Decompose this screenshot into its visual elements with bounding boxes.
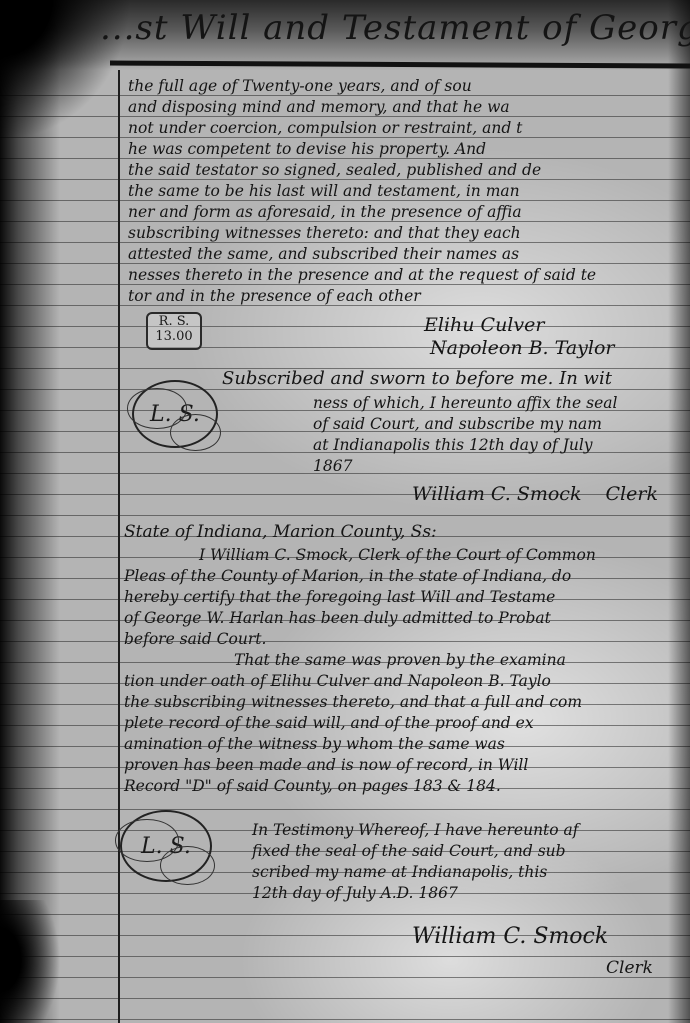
court-seal: L. S. — [132, 380, 218, 448]
text-line: That the same was proven by the examina — [124, 650, 596, 671]
page-title: ...st Will and Testament of George W Har… — [100, 8, 690, 64]
text-line: 1867 — [313, 456, 617, 477]
clerk-signature: William C. Smock Clerk — [412, 484, 658, 505]
document-page: ...st Will and Testament of George W Har… — [0, 0, 690, 1023]
text-line: the subscribing witnesses thereto, and t… — [124, 692, 596, 713]
stamp-label: R. S. — [148, 314, 200, 329]
jurat-paragraph: ness of which, I hereunto affix the seal… — [313, 393, 617, 477]
text-line: of George W. Harlan has been duly admitt… — [124, 608, 596, 629]
signature-name: William C. Smock — [412, 483, 581, 505]
margin-rule — [118, 70, 120, 1023]
text-line: nesses thereto in the presence and at th… — [128, 265, 596, 286]
text-line: and disposing mind and memory, and that … — [128, 97, 596, 118]
text-line: the said testator so signed, sealed, pub… — [128, 160, 596, 181]
text-line: not under coercion, compulsion or restra… — [128, 118, 596, 139]
text-line: tor and in the presence of each other — [128, 286, 596, 307]
witness-signature: Elihu Culver — [424, 315, 544, 336]
text-line: Record "D" of said County, on pages 183 … — [124, 776, 596, 797]
text-line: scribed my name at Indianapolis, this — [252, 862, 579, 883]
final-clerk-signature: William C. Smock — [412, 926, 608, 947]
seal-label: L. S. — [150, 402, 200, 427]
text-line: I William C. Smock, Clerk of the Court o… — [124, 545, 596, 566]
text-line: In Testimony Whereof, I have hereunto af — [252, 820, 579, 841]
text-line: amination of the witness by whom the sam… — [124, 734, 596, 755]
court-seal: L. S. — [120, 810, 212, 882]
text-line: of said Court, and subscribe my nam — [313, 414, 617, 435]
text-line: ner and form as aforesaid, in the presen… — [128, 202, 596, 223]
text-line: tion under oath of Elihu Culver and Napo… — [124, 671, 596, 692]
text-line: ness of which, I hereunto affix the seal — [313, 393, 617, 414]
text-line: fixed the seal of the said Court, and su… — [252, 841, 579, 862]
corner-shadow — [0, 900, 80, 1023]
text-line: before said Court. — [124, 629, 596, 650]
signature-title: Clerk — [606, 483, 658, 505]
text-line: attested the same, and subscribed their … — [128, 244, 596, 265]
attestation-paragraph: the full age of Twenty-one years, and of… — [128, 76, 596, 307]
text-line: at Indianapolis this 12th day of July — [313, 435, 617, 456]
witness-signature: Napoleon B. Taylor — [430, 338, 615, 359]
text-line: plete record of the said will, and of th… — [124, 713, 596, 734]
text-line: Pleas of the County of Marion, in the st… — [124, 566, 596, 587]
venue-heading: State of Indiana, Marion County, Ss: — [124, 522, 437, 543]
final-signature-title: Clerk — [606, 958, 653, 979]
text-line: the same to be his last will and testame… — [128, 181, 596, 202]
revenue-stamp: R. S. 13.00 — [146, 312, 202, 350]
seal-label: L. S. — [141, 834, 191, 859]
text-line: the full age of Twenty-one years, and of… — [128, 76, 596, 97]
text-line: he was competent to devise his property.… — [128, 139, 596, 160]
jurat-first-line: Subscribed and sworn to before me. In wi… — [222, 368, 612, 389]
certificate-paragraph: I William C. Smock, Clerk of the Court o… — [124, 545, 596, 797]
stamp-value: 13.00 — [148, 329, 200, 344]
text-line: subscribing witnesses thereto: and that … — [128, 223, 596, 244]
text-line: hereby certify that the foregoing last W… — [124, 587, 596, 608]
text-line: 12th day of July A.D. 1867 — [252, 883, 579, 904]
testimony-paragraph: In Testimony Whereof, I have hereunto af… — [252, 820, 579, 904]
text-line: proven has been made and is now of recor… — [124, 755, 596, 776]
